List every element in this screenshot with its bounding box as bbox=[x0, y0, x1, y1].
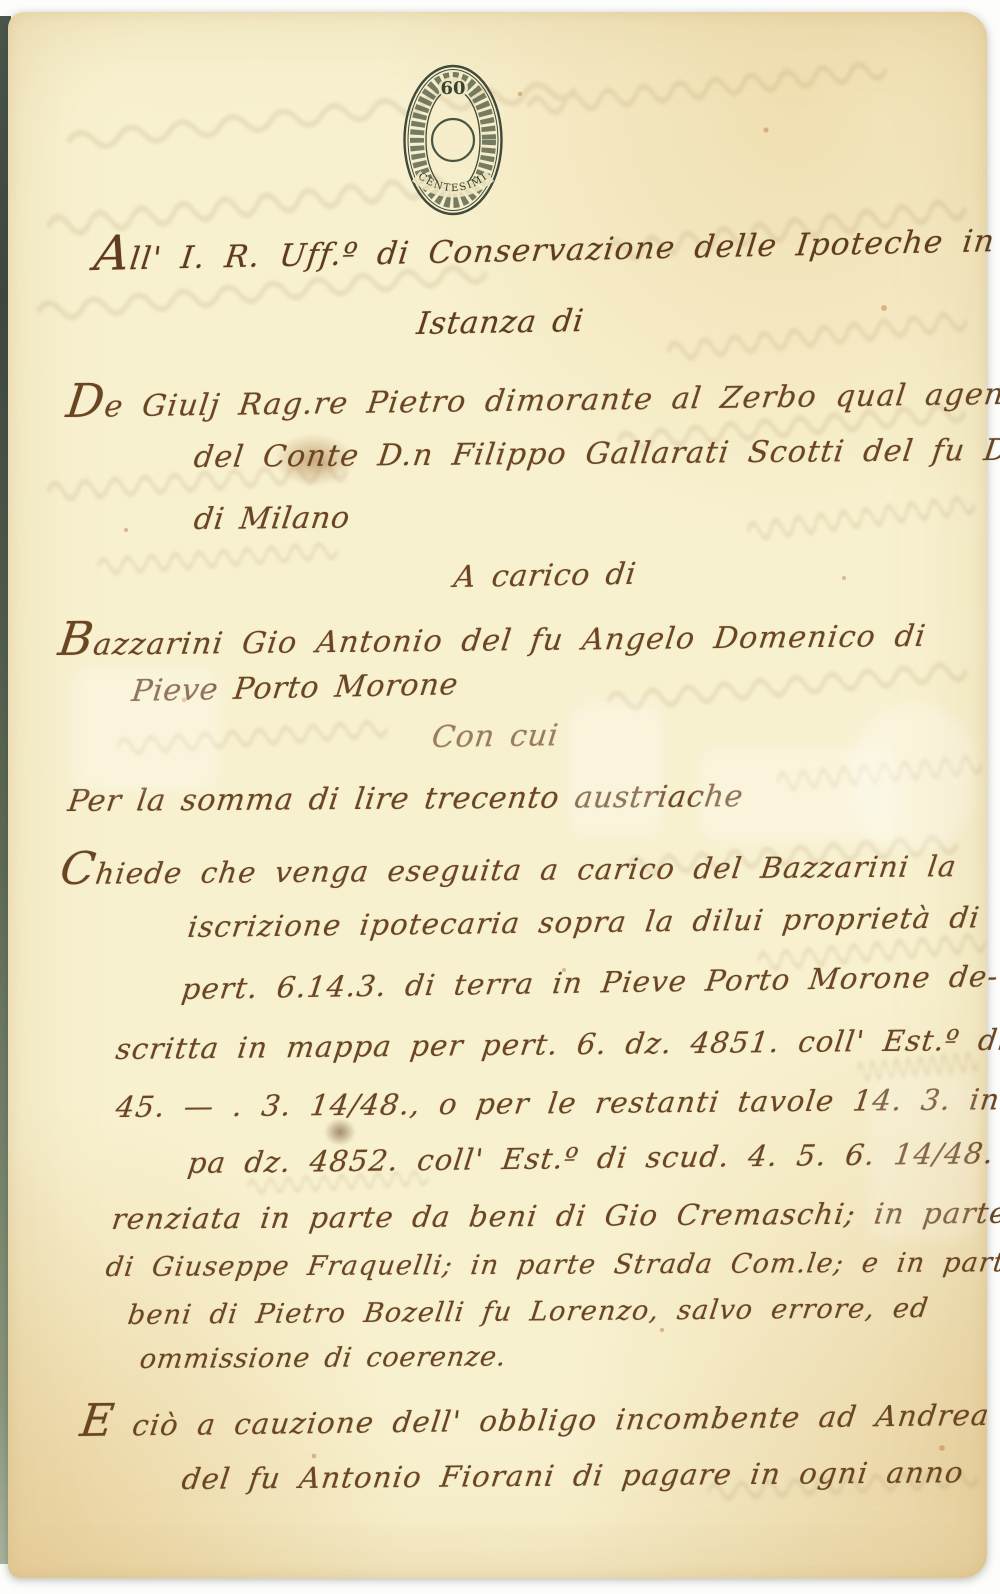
manuscript-line-request-1: Chiede che venga eseguita a carico del B… bbox=[58, 844, 960, 889]
manuscript-line-request-4: scritta in mappa per pert. 6. dz. 4851. … bbox=[114, 1024, 1000, 1065]
revenue-stamp-60-centesimi: 60 CENTESIMI bbox=[400, 60, 506, 220]
manuscript-line-request-9: beni di Pietro Bozelli fu Lorenzo, salvo… bbox=[126, 1295, 931, 1330]
manuscript-line-petitioner-3: di Milano bbox=[192, 503, 352, 536]
photo-watermark-blob bbox=[853, 702, 973, 852]
manuscript-line-request-10: ommissione di coerenze. bbox=[138, 1343, 508, 1374]
photo-watermark-blob bbox=[70, 667, 220, 792]
photo-watermark-blob bbox=[568, 702, 663, 837]
manuscript-line-closing-2: del fu Antonio Fiorani di pagare in ogni… bbox=[180, 1457, 966, 1494]
manuscript-line-request-8: di Giuseppe Fraquelli; in parte Strada C… bbox=[104, 1249, 1000, 1282]
manuscript-line-petition-label: Istanza di bbox=[415, 305, 586, 340]
manuscript-line-petitioner-1: De Giulj Rag.re Pietro dimorante al Zerb… bbox=[64, 370, 1000, 423]
manuscript-line-debtor-1: Bazzarini Gio Antonio del fu Angelo Dome… bbox=[56, 613, 929, 662]
manuscript-line-linking-label: Con cui bbox=[430, 720, 560, 753]
manuscript-paper: 60 CENTESIMI All' I. R. Uff.º di Conserv… bbox=[8, 12, 987, 1578]
ink-blot bbox=[324, 1118, 356, 1146]
manuscript-line-against-label: A carico di bbox=[452, 559, 638, 594]
manuscript-line-office: All' I. R. Uff.º di Conservazione delle … bbox=[92, 215, 1000, 277]
manuscript-line-petitioner-2: del Conte D.n Filippo Gallarati Scotti d… bbox=[192, 433, 1000, 473]
manuscript-line-request-2: iscrizione ipotecaria sopra la dilui pro… bbox=[186, 902, 982, 942]
photo-watermark-blob bbox=[868, 1072, 978, 1242]
stamp-value: 60 bbox=[440, 78, 465, 99]
manuscript-line-request-3: pert. 6.14.3. di terra in Pieve Porto Mo… bbox=[180, 961, 1000, 1004]
stamp-unit: CENTESIMI bbox=[416, 171, 490, 194]
manuscript-line-request-7: renziata in parte da beni di Gio Cremasc… bbox=[110, 1198, 1000, 1235]
manuscript-line-closing-1: E ciò a cauzione dell' obbligo incombent… bbox=[78, 1393, 993, 1442]
